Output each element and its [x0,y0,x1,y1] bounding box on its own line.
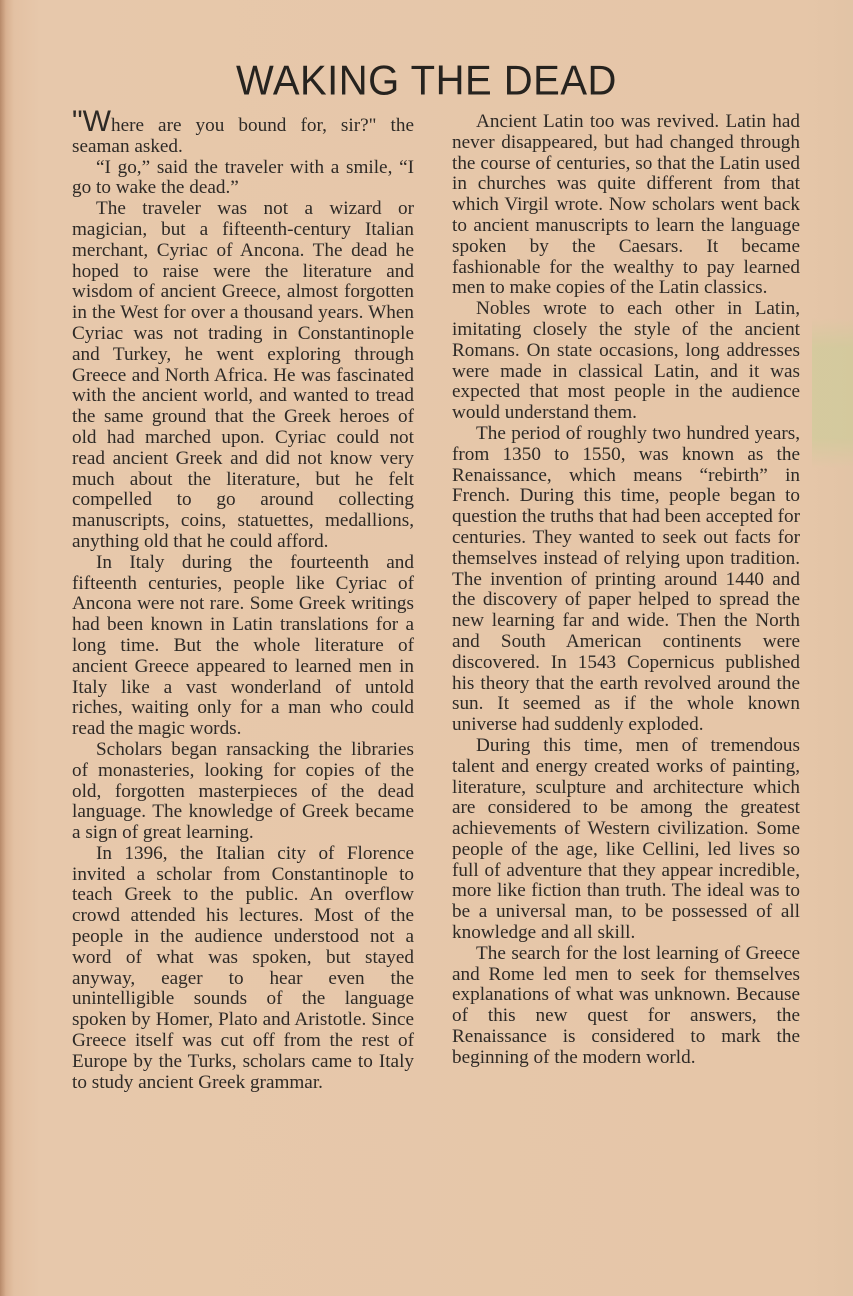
paragraph: “I go,” said the traveler with a smile, … [72,158,414,200]
paper-stain [812,318,853,468]
paragraph: Ancient Latin too was revived. Latin had… [452,112,800,299]
paragraph: Nobles wrote to each other in Latin, imi… [452,299,800,424]
paragraph: Scholars began ransacking the libraries … [72,740,414,844]
paragraph: The traveler was not a wizard or magicia… [72,199,414,553]
paragraph: In Italy during the fourteenth and fifte… [72,553,414,740]
drop-cap: "W [72,105,111,138]
paragraph: During this time, men of tremendous tale… [452,736,800,944]
right-column: Ancient Latin too was revived. Latin had… [452,112,800,1069]
paragraph: "Where are you bound for, sir?" the seam… [72,112,414,158]
page-title: WAKING THE DEAD [0,58,853,105]
paragraph: The period of roughly two hundred years,… [452,424,800,736]
paragraph: In 1396, the Italian city of Florence in… [72,844,414,1094]
paragraph: The search for the lost learning of Gree… [452,944,800,1069]
left-column: "Where are you bound for, sir?" the seam… [72,112,414,1093]
